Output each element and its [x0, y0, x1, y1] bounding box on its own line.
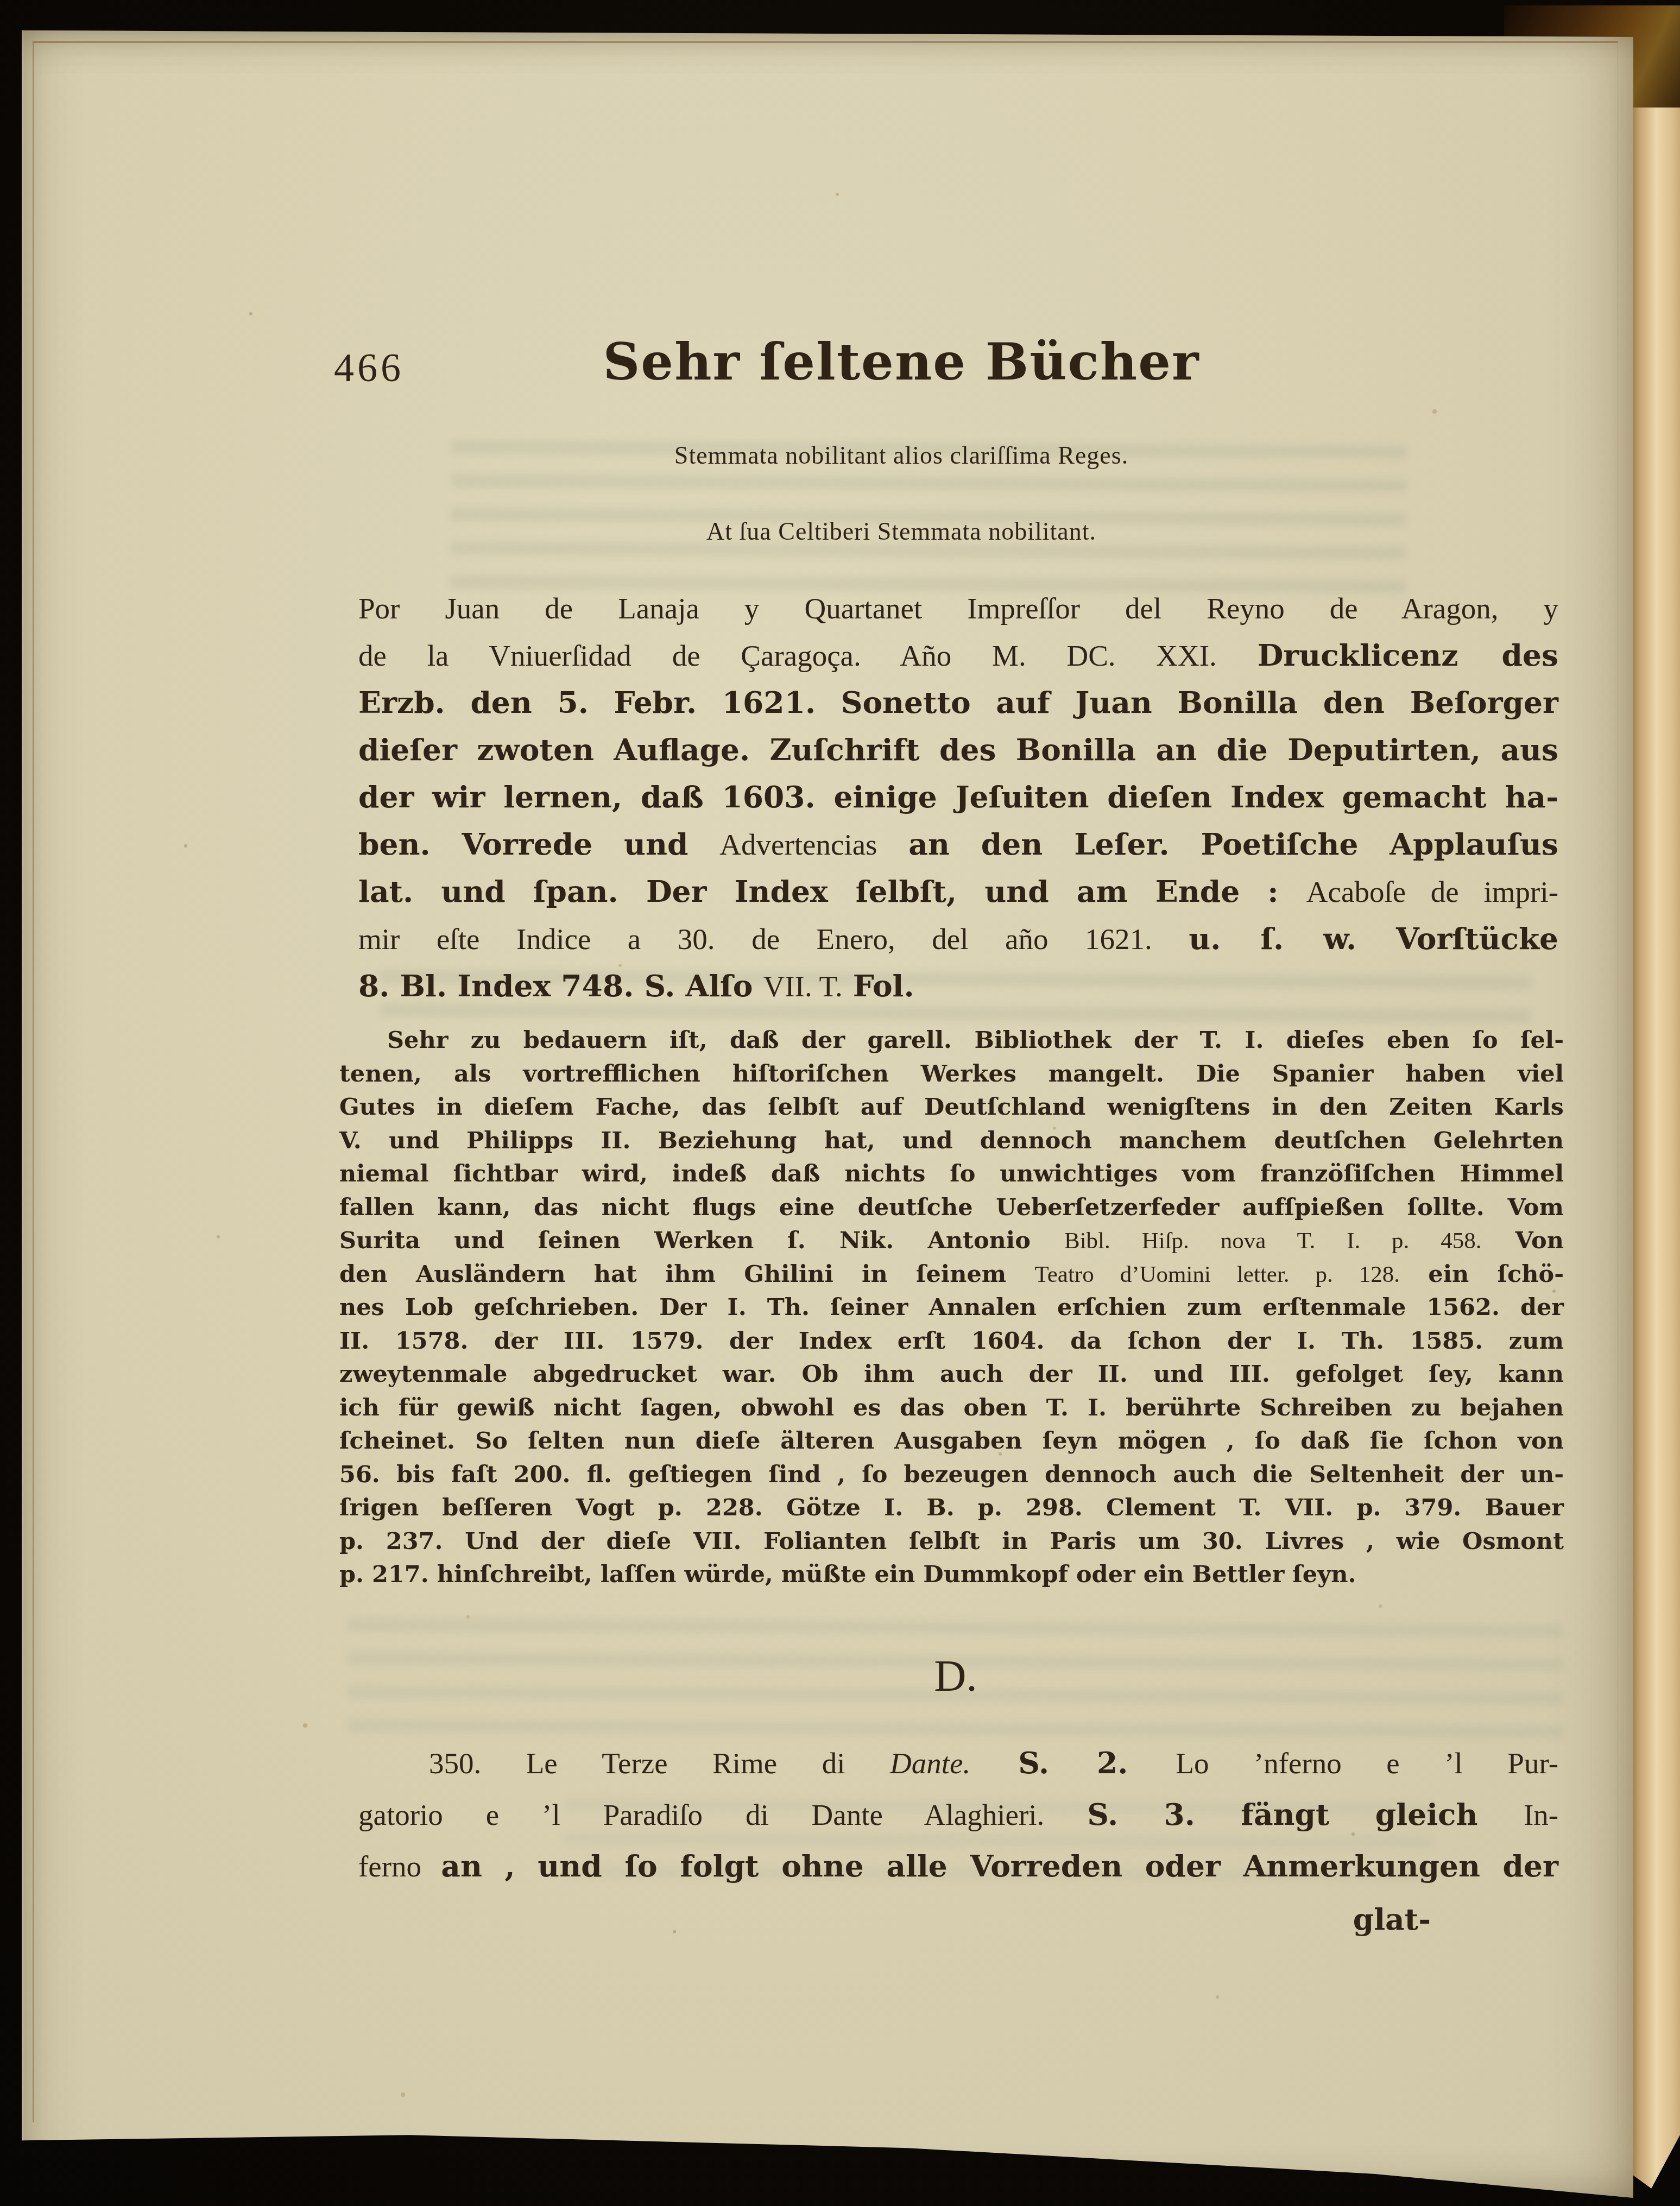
fraktur-text: nes Lob geſchrieben. Der I. Th. ſeiner A… — [339, 1294, 1564, 1321]
text-line: nes Lob geſchrieben. Der I. Th. ſeiner A… — [339, 1291, 1564, 1325]
fraktur-text: der wir lernen, daß 1603. einige Jeſuite… — [358, 779, 1558, 814]
text-line: p. 217. hinſchreibt, laſſen würde, müßte… — [339, 1558, 1564, 1592]
antiqua-text: gatorio e ’l Paradiſo di Dante Alaghieri… — [358, 1798, 1087, 1831]
text-line: der wir lernen, daß 1603. einige Jeſuite… — [358, 774, 1558, 821]
fraktur-text: S. 2. — [970, 1745, 1176, 1780]
fraktur-text: ſcheinet. So ſelten nun dieſe älteren Au… — [339, 1427, 1564, 1455]
text-line: ben. Vorrede und Advertencias an den Leſ… — [358, 821, 1558, 868]
text-line: ſcheinet. So ſelten nun dieſe älteren Au… — [339, 1425, 1564, 1458]
text-line: 8. Bl. Index 748. S. Alſo VII. T. Fol. — [358, 963, 1558, 1010]
paper-specks — [22, 30, 24, 33]
fraktur-text: Surita und ſeinen Werken ſ. Nik. Antonio — [339, 1227, 1064, 1254]
fraktur-text: dieſer zwoten Auflage. Zuſchrift des Bon… — [358, 732, 1558, 767]
fraktur-text: V. und Philipps II. Beziehung hat, und d… — [339, 1127, 1564, 1154]
catchword: glat- — [358, 1901, 1558, 1937]
scanned-book-photo: { "colors":{ "backdrop":"#0c0905", "pape… — [0, 0, 1680, 2206]
text-line: gatorio e ’l Paradiſo di Dante Alaghieri… — [358, 1789, 1558, 1841]
text-line: dieſer zwoten Auflage. Zuſchrift des Bon… — [358, 726, 1558, 774]
fraktur-text: Von — [1482, 1227, 1564, 1254]
text-line: den Ausländern hat ihm Ghilini in ſeinem… — [339, 1258, 1564, 1292]
fraktur-text: II. 1578. der III. 1579. der Index erſt … — [339, 1328, 1564, 1355]
text-line: 56. bis faſt 200. fl. geſtiegen ſind , ſ… — [339, 1458, 1564, 1492]
antiqua-text: Acaboſe de impri- — [1306, 875, 1558, 908]
fraktur-text: den Ausländern hat ihm Ghilini in ſeinem — [339, 1261, 1034, 1288]
text-line: mir eſte Indice a 30. de Enero, del año … — [358, 915, 1558, 963]
fraktur-text: Sehr zu bedauern iſt, daß der garell. Bi… — [387, 1027, 1564, 1054]
fraktur-text: an , und ſo folgt ohne alle Vorreden ode… — [441, 1848, 1558, 1883]
page-sheet: 466 Sehr ſeltene Bücher Stemmata nobilit… — [22, 30, 1633, 2198]
fraktur-text: ein ſchö- — [1400, 1261, 1564, 1288]
fraktur-text: p. 217. hinſchreibt, laſſen würde, müßte… — [339, 1561, 1356, 1588]
text-line: fallen kann, das nicht flugs eine deutſc… — [339, 1191, 1564, 1225]
antiqua-text: ferno — [358, 1850, 441, 1883]
fraktur-text: ſrigen beſſeren Vogt p. 228. Götze I. B.… — [339, 1494, 1564, 1521]
fraktur-text: u. ſ. w. Vorſtücke — [1189, 921, 1558, 956]
fraktur-text: Drucklicenz des — [1258, 637, 1558, 673]
fraktur-text: tenen, als vortrefflichen hiſtoriſchen W… — [339, 1060, 1564, 1088]
antiqua-text: Teatro d’Uomini letter. p. 128. — [1034, 1262, 1400, 1287]
fraktur-text: fallen kann, das nicht flugs eine deutſc… — [339, 1194, 1564, 1221]
antiqua-text: In- — [1524, 1798, 1558, 1831]
facing-page-edge — [1631, 108, 1680, 2199]
fraktur-text: ich für gewiß nicht ſagen, obwohl es das… — [339, 1394, 1564, 1421]
text-line: de la Vniuerſidad de Çaragoça. Año M. DC… — [358, 632, 1558, 679]
text-line: 350. Le Terze Rime di Dante. S. 2. Lo ’n… — [358, 1737, 1558, 1789]
text-line: zweytenmale abgedrucket war. Ob ihm auch… — [339, 1358, 1564, 1392]
running-title: Sehr ſeltene Bücher — [250, 332, 1553, 392]
text-line: ich für gewiß nicht ſagen, obwohl es das… — [339, 1392, 1564, 1425]
text-line: Por Juan de Lanaja y Quartanet Impreſſor… — [358, 585, 1558, 632]
antiqua-text: mir eſte Indice a 30. de Enero, del año … — [358, 922, 1189, 956]
fraktur-text: Fol. — [843, 968, 914, 1003]
motto-line-latin-2: At ſua Celtiberi Stemmata nobilitant. — [250, 517, 1553, 546]
fraktur-text: ben. Vorrede und — [358, 826, 719, 862]
text-line: Erzb. den 5. Febr. 1621. Sonetto auf Jua… — [358, 679, 1558, 726]
text-line: niemal ſichtbar wird, indeß daß nichts ſ… — [339, 1158, 1564, 1191]
text-line: ſrigen beſſeren Vogt p. 228. Götze I. B.… — [339, 1491, 1564, 1525]
fraktur-text: p. 237. Und der dieſe VII. Folianten ſel… — [339, 1528, 1564, 1555]
antiqua-text: de la Vniuerſidad de Çaragoça. Año M. DC… — [358, 639, 1258, 672]
antiqua-text: Advertencias — [719, 828, 877, 861]
motto-line-latin-1: Stemmata nobilitant alios clariſſima Reg… — [250, 441, 1553, 470]
antiqua-text: Lo ’nferno e ’l Pur- — [1176, 1747, 1558, 1780]
text-line: ferno an , und ſo folgt ohne alle Vorred… — [358, 1841, 1558, 1892]
fraktur-text: S. 3. fängt gleich — [1087, 1797, 1524, 1832]
fraktur-text: 8. Bl. Index 748. S. Alſo — [358, 968, 763, 1003]
antiqua-text: VII. T. — [763, 970, 843, 1003]
antiqua-text: Por Juan de Lanaja y Quartanet Impreſſor… — [358, 592, 1558, 625]
annotation-paragraph: Sehr zu bedauern iſt, daß der garell. Bi… — [339, 1024, 1564, 1592]
fraktur-text: Erzb. den 5. Febr. 1621. Sonetto auf Jua… — [358, 685, 1558, 720]
antiqua-text: 350. Le Terze Rime di — [429, 1747, 890, 1780]
fraktur-text: 56. bis faſt 200. fl. geſtiegen ſind , ſ… — [339, 1461, 1564, 1488]
text-line: lat. und ſpan. Der Index ſelbſt, und am … — [358, 868, 1558, 915]
fraktur-text: zweytenmale abgedrucket war. Ob ihm auch… — [339, 1361, 1564, 1388]
fraktur-text: lat. und ſpan. Der Index ſelbſt, und am … — [358, 874, 1306, 909]
text-line: V. und Philipps II. Beziehung hat, und d… — [339, 1124, 1564, 1158]
text-line: Surita und ſeinen Werken ſ. Nik. Antonio… — [339, 1224, 1564, 1258]
text-line: Sehr zu bedauern iſt, daß der garell. Bi… — [339, 1024, 1564, 1058]
italic-text: Dante. — [890, 1747, 970, 1780]
catalog-entry-350: 350. Le Terze Rime di Dante. S. 2. Lo ’n… — [358, 1737, 1558, 1892]
section-letter-heading: D. — [304, 1651, 1607, 1702]
text-line: Gutes in dieſem Fache, das ſelbſt auf De… — [339, 1091, 1564, 1124]
fraktur-text: an den Leſer. Poetiſche Applauſus — [877, 826, 1559, 862]
fraktur-text: Gutes in dieſem Fache, das ſelbſt auf De… — [339, 1093, 1564, 1121]
imprint-paragraph: Por Juan de Lanaja y Quartanet Impreſſor… — [358, 585, 1558, 1010]
text-line: p. 237. Und der dieſe VII. Folianten ſel… — [339, 1525, 1564, 1559]
antiqua-text: Bibl. Hiſp. nova T. I. p. 458. — [1064, 1228, 1482, 1254]
fraktur-text: niemal ſichtbar wird, indeß daß nichts ſ… — [339, 1160, 1564, 1187]
text-line: tenen, als vortrefflichen hiſtoriſchen W… — [339, 1058, 1564, 1091]
text-line: II. 1578. der III. 1579. der Index erſt … — [339, 1325, 1564, 1358]
